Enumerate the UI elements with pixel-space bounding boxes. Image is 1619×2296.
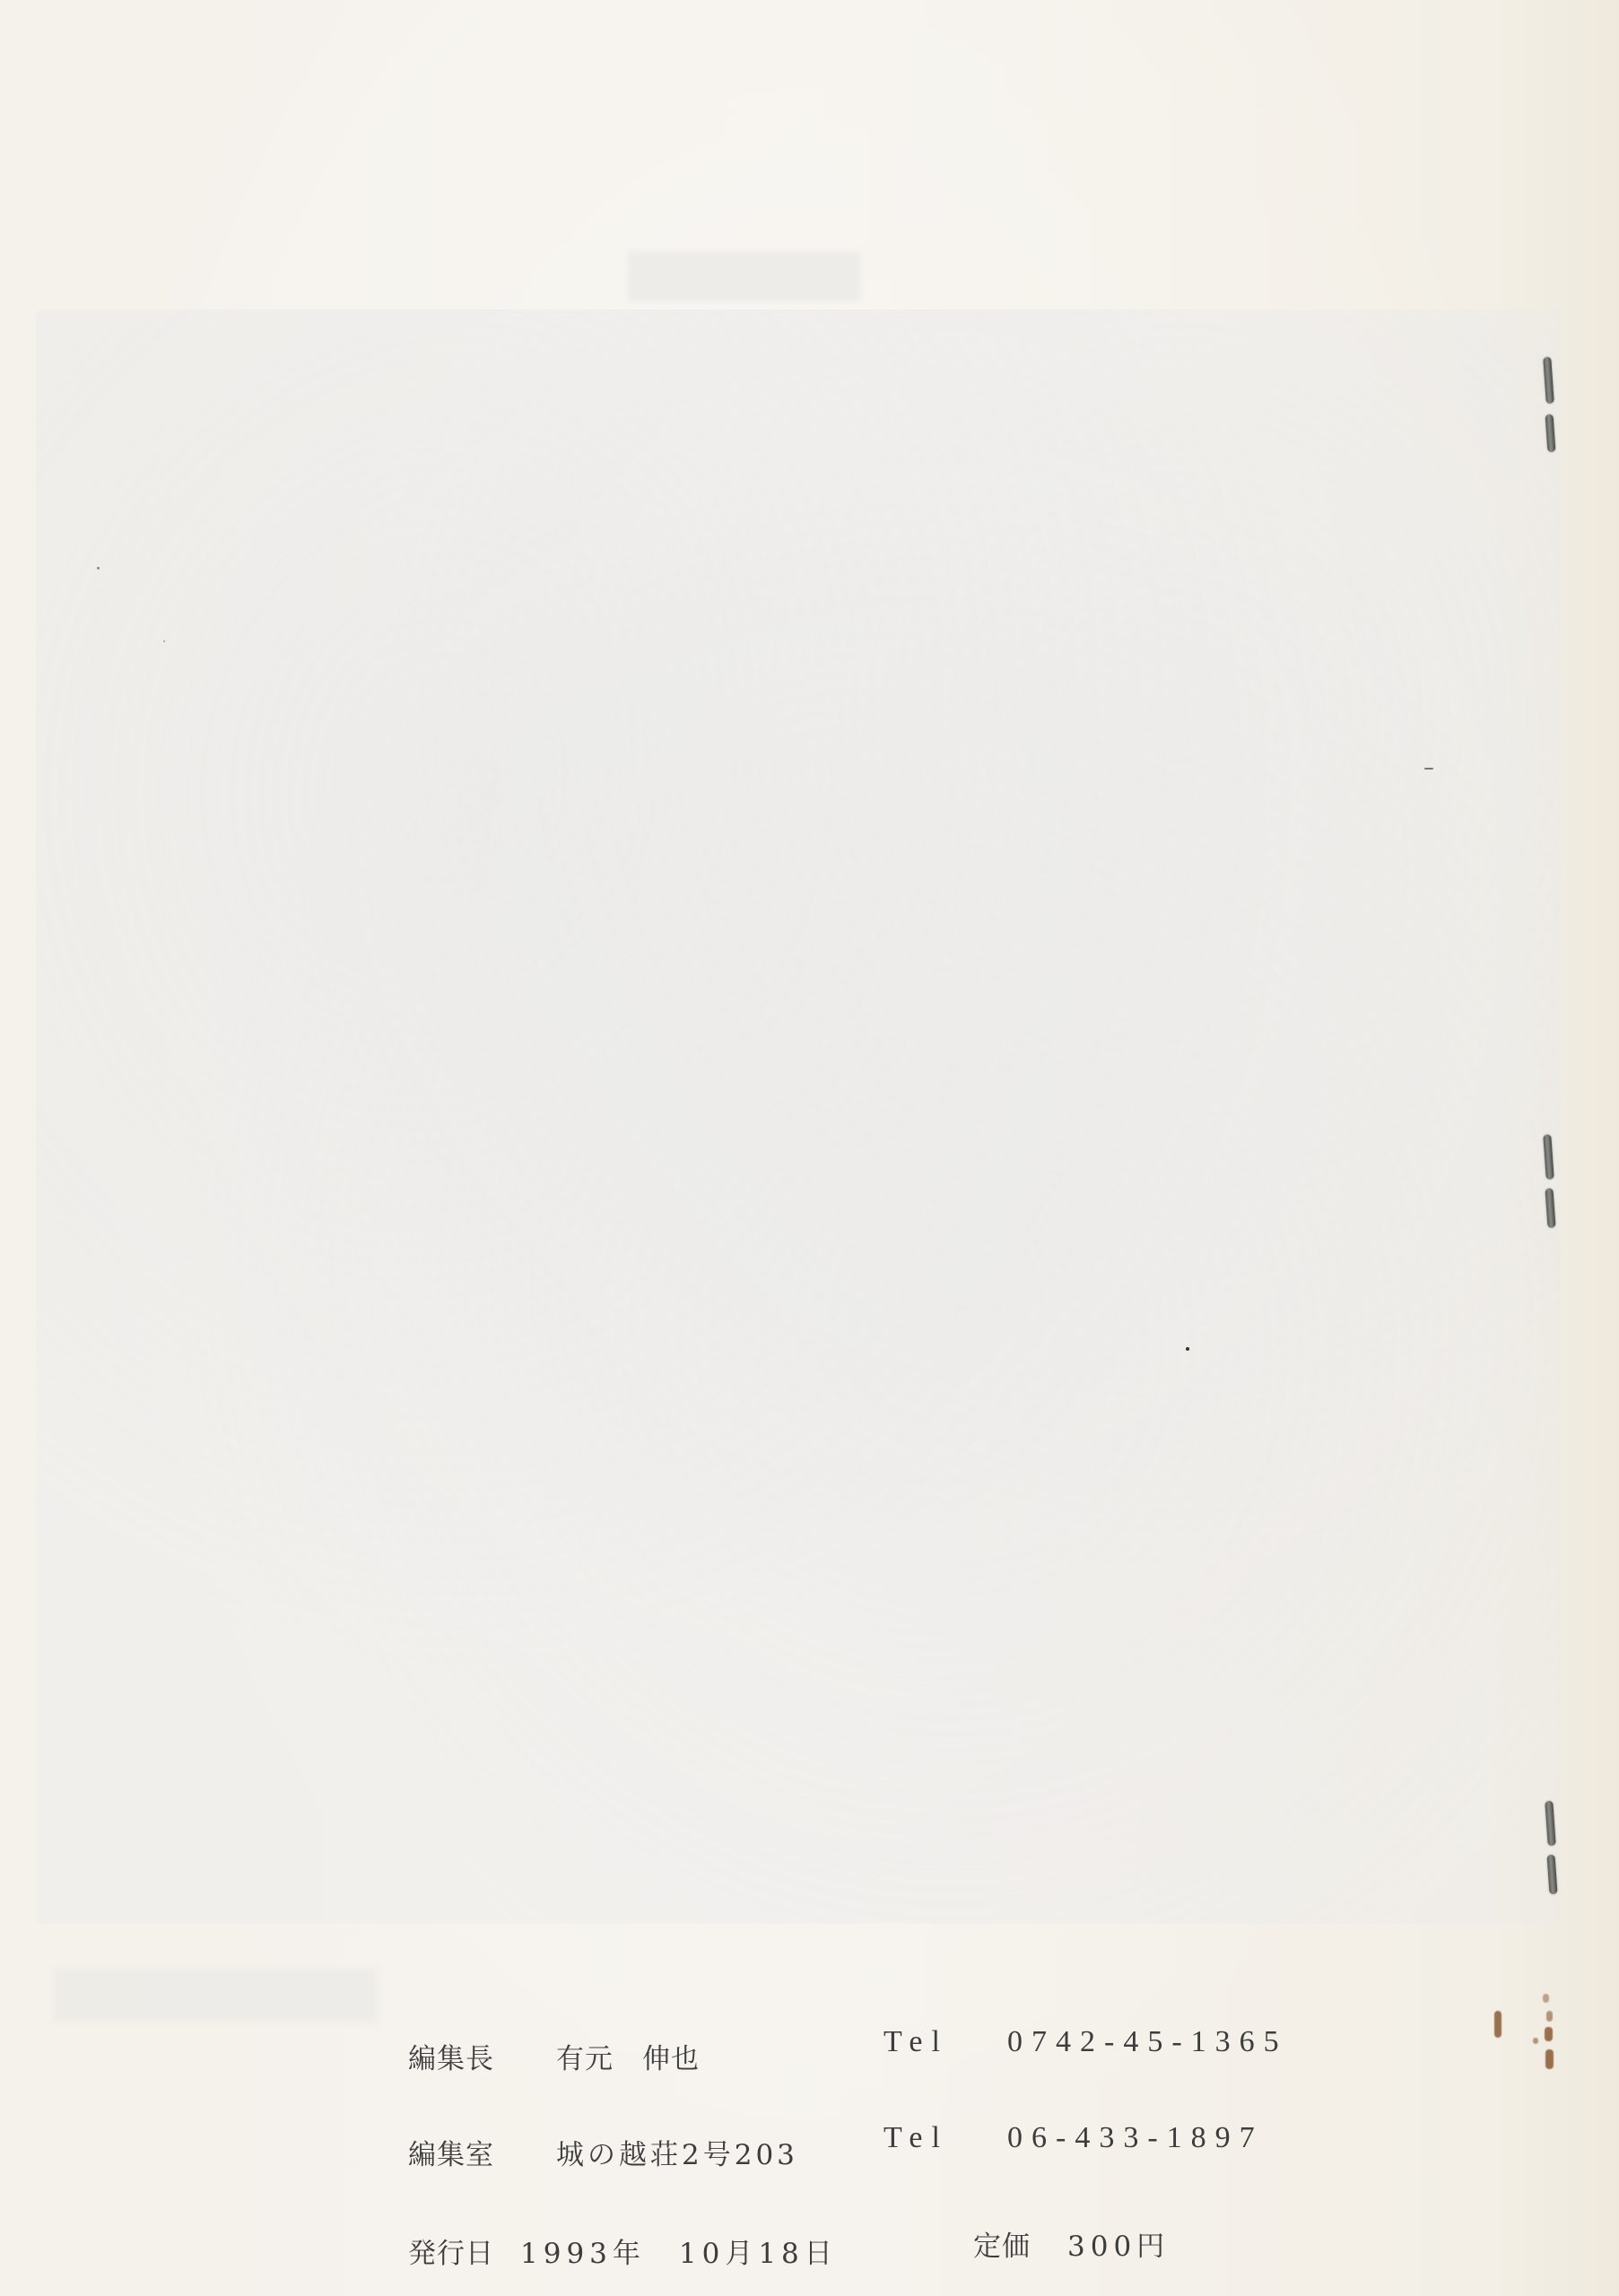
rust-stain	[1533, 2038, 1538, 2044]
rust-stain	[1545, 2049, 1554, 2069]
editor-in-chief-label: 編集長	[408, 2036, 494, 2076]
reverse-side-showthrough	[36, 309, 1561, 1924]
rust-stain	[1494, 2011, 1501, 2038]
rust-stain	[1543, 1994, 1549, 2003]
price-value: 300円	[1067, 2223, 1170, 2264]
editor-tel-label: Tel	[883, 2025, 949, 2059]
editor-in-chief-name: 有元 伸也	[556, 2036, 700, 2076]
showthrough-title-smudge	[628, 251, 861, 301]
rust-stain	[1546, 2011, 1553, 2022]
dust-speck	[1424, 768, 1433, 770]
editorial-office-address: 城の越荘2号203	[556, 2132, 798, 2172]
office-tel-label: Tel	[883, 2121, 949, 2155]
dust-speck	[1186, 1347, 1189, 1351]
dust-speck	[97, 567, 100, 570]
editor-tel-number: 0742-45-1365	[1007, 2025, 1288, 2059]
dust-speck	[163, 640, 165, 642]
scanned-page: 編集長 有元 伸也 Tel 0742-45-1365 編集室 城の越荘2号203…	[0, 0, 1619, 2296]
price-label: 定価	[973, 2223, 1031, 2264]
rust-stain	[1545, 2027, 1553, 2041]
publication-date: 1993年 10月18日	[520, 2231, 838, 2271]
editorial-office-label: 編集室	[408, 2132, 494, 2172]
publication-date-label: 発行日	[408, 2231, 494, 2271]
office-tel-number: 06-433-1897	[1007, 2121, 1264, 2155]
showthrough-footer-smudge	[54, 1969, 377, 2022]
